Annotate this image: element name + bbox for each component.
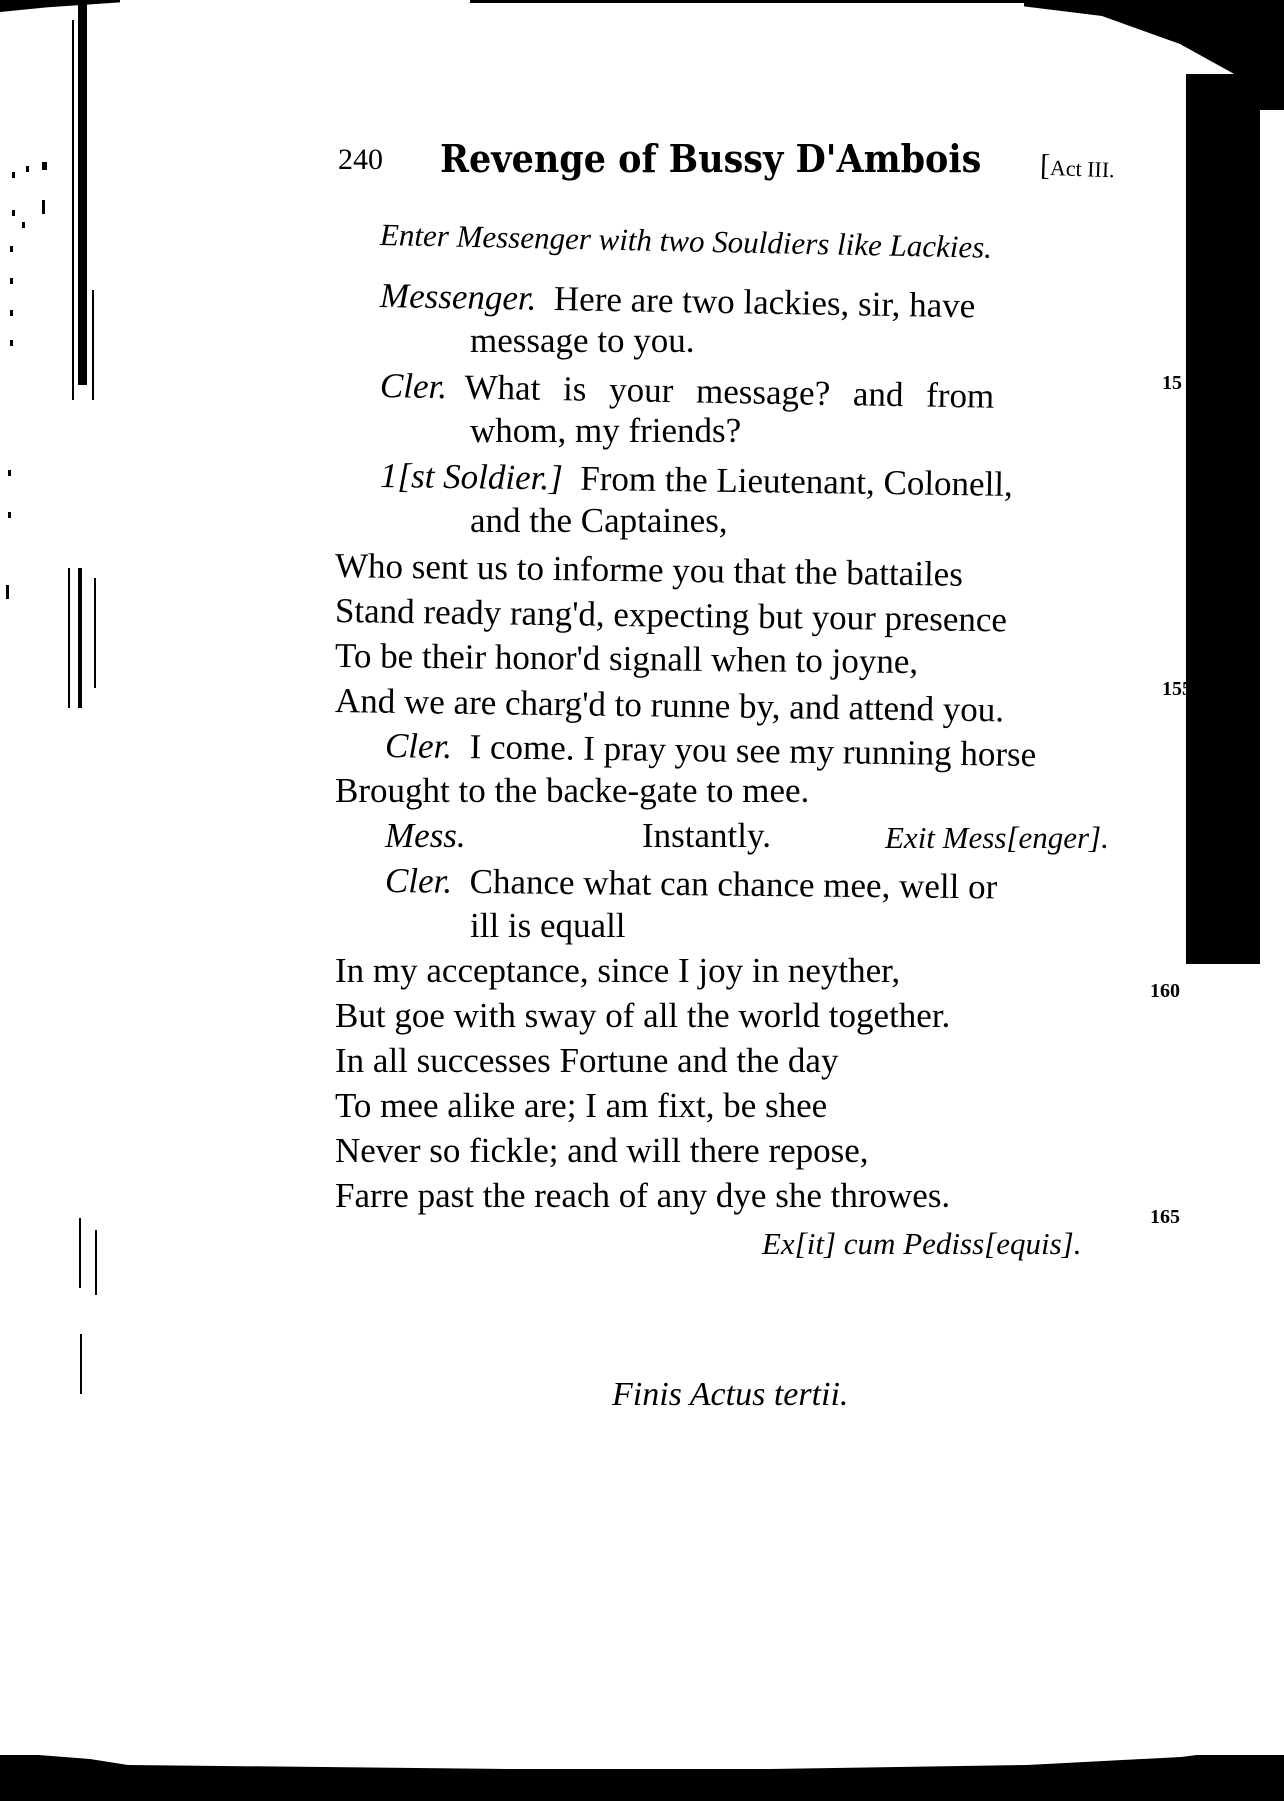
bleed-mark	[10, 278, 13, 284]
continuation-line: message to you.	[470, 323, 695, 358]
continuation-line: whom, my friends?	[470, 413, 741, 448]
verse-line: Farre past the reach of any dye she thro…	[335, 1178, 950, 1213]
speech-text: I come. I pray you see my running horse	[469, 727, 1036, 774]
bleed-mark	[8, 470, 11, 476]
gutter-line	[79, 1218, 81, 1288]
gutter-line	[68, 568, 70, 708]
bleed-mark	[12, 210, 15, 216]
continuation-line: ill is equall	[470, 908, 626, 943]
binding-gutter-line	[78, 0, 87, 385]
stage-direction-exit: Ex[it] cum Pediss[equis].	[762, 1228, 1081, 1259]
bleed-mark	[8, 512, 11, 518]
stage-direction-enter: Enter Messenger with two Souldiers like …	[380, 219, 993, 263]
line-number: 155	[1162, 678, 1192, 701]
scan-shadow-top-right	[1024, 0, 1284, 80]
scan-shadow-bottom-base	[0, 1770, 1284, 1801]
speaker-name: Messenger.	[380, 276, 537, 318]
line-number: 160	[1150, 980, 1180, 1003]
verse-line: To mee alike are; I am fixt, be shee	[335, 1088, 827, 1123]
verse-line: And we are charg'd to runne by, and atte…	[335, 683, 1005, 727]
bleed-mark	[12, 172, 15, 178]
verse-line: In my acceptance, since I joy in neyther…	[335, 953, 900, 988]
bleed-mark	[10, 246, 13, 252]
speech-text: What is your message? and from	[464, 367, 994, 415]
bleed-mark	[42, 200, 45, 214]
page-number: 240	[338, 143, 383, 177]
act-marker: [Act III.	[1039, 149, 1115, 186]
speaker-name: Mess.	[385, 816, 466, 855]
speech-text: Chance what can chance mee, well or	[469, 862, 997, 907]
speech-line: Mess.	[385, 818, 466, 853]
verse-line: Stand ready rang'd, expecting but your p…	[335, 593, 1007, 637]
verse-line: Never so fickle; and will there repose,	[335, 1133, 869, 1168]
verse-line: But goe with sway of all the world toget…	[335, 998, 950, 1033]
bleed-mark	[26, 166, 29, 172]
speaker-name: Cler.	[385, 861, 453, 901]
bleed-mark	[6, 585, 9, 599]
gutter-line	[95, 1230, 97, 1295]
bleed-mark	[10, 340, 13, 346]
stage-direction-exit-messenger: Exit Mess[enger].	[885, 822, 1109, 853]
bleed-mark	[10, 310, 13, 316]
running-title: Revenge of Bussy D'Ambois	[440, 136, 981, 181]
bleed-mark	[42, 162, 47, 170]
act-label: Act III.	[1050, 155, 1116, 182]
continuation-line: and the Captaines,	[470, 503, 728, 538]
bleed-mark	[22, 222, 25, 228]
line-number: 165	[1150, 1206, 1180, 1229]
verse-line: Brought to the backe-gate to mee.	[335, 773, 809, 808]
speech-line: Cler. I come. I pray you see my running …	[385, 728, 1037, 772]
line-number: 15	[1162, 372, 1182, 395]
book-page: 240 Revenge of Bussy D'Ambois [Act III. …	[0, 0, 1284, 1801]
speaker-name: Cler.	[385, 726, 453, 766]
scan-shadow-right-edge	[1186, 74, 1260, 964]
gutter-line	[92, 290, 94, 400]
gutter-line	[78, 568, 82, 708]
gutter-line	[94, 578, 96, 688]
speech-line: 1[st Soldier.] From the Lieutenant, Colo…	[380, 458, 1013, 502]
speaker-name: Cler.	[380, 366, 448, 406]
gutter-line	[80, 1334, 82, 1394]
speech-line: Messenger. Here are two lackies, sir, ha…	[380, 278, 976, 323]
speech-text: Here are two lackies, sir, have	[554, 279, 976, 325]
verse-line: To be their honor'd signall when to joyn…	[335, 638, 919, 679]
speaker-name: 1[st Soldier.]	[380, 456, 563, 498]
verse-line: Who sent us to informe you that the batt…	[335, 548, 963, 592]
act-end-marker: Finis Actus tertii.	[612, 1376, 848, 1414]
gutter-line	[72, 20, 74, 400]
verse-line: In all successes Fortune and the day	[335, 1043, 838, 1078]
scan-shadow-top-left	[0, 0, 120, 12]
speech-text: Instantly.	[642, 818, 771, 853]
speech-line: Cler. Chance what can chance mee, well o…	[385, 863, 998, 904]
speech-line: Cler. What is your message? and from	[380, 368, 995, 414]
speech-text: From the Lieutenant, Colonell,	[580, 459, 1013, 504]
scan-edge-top	[470, 0, 1030, 3]
